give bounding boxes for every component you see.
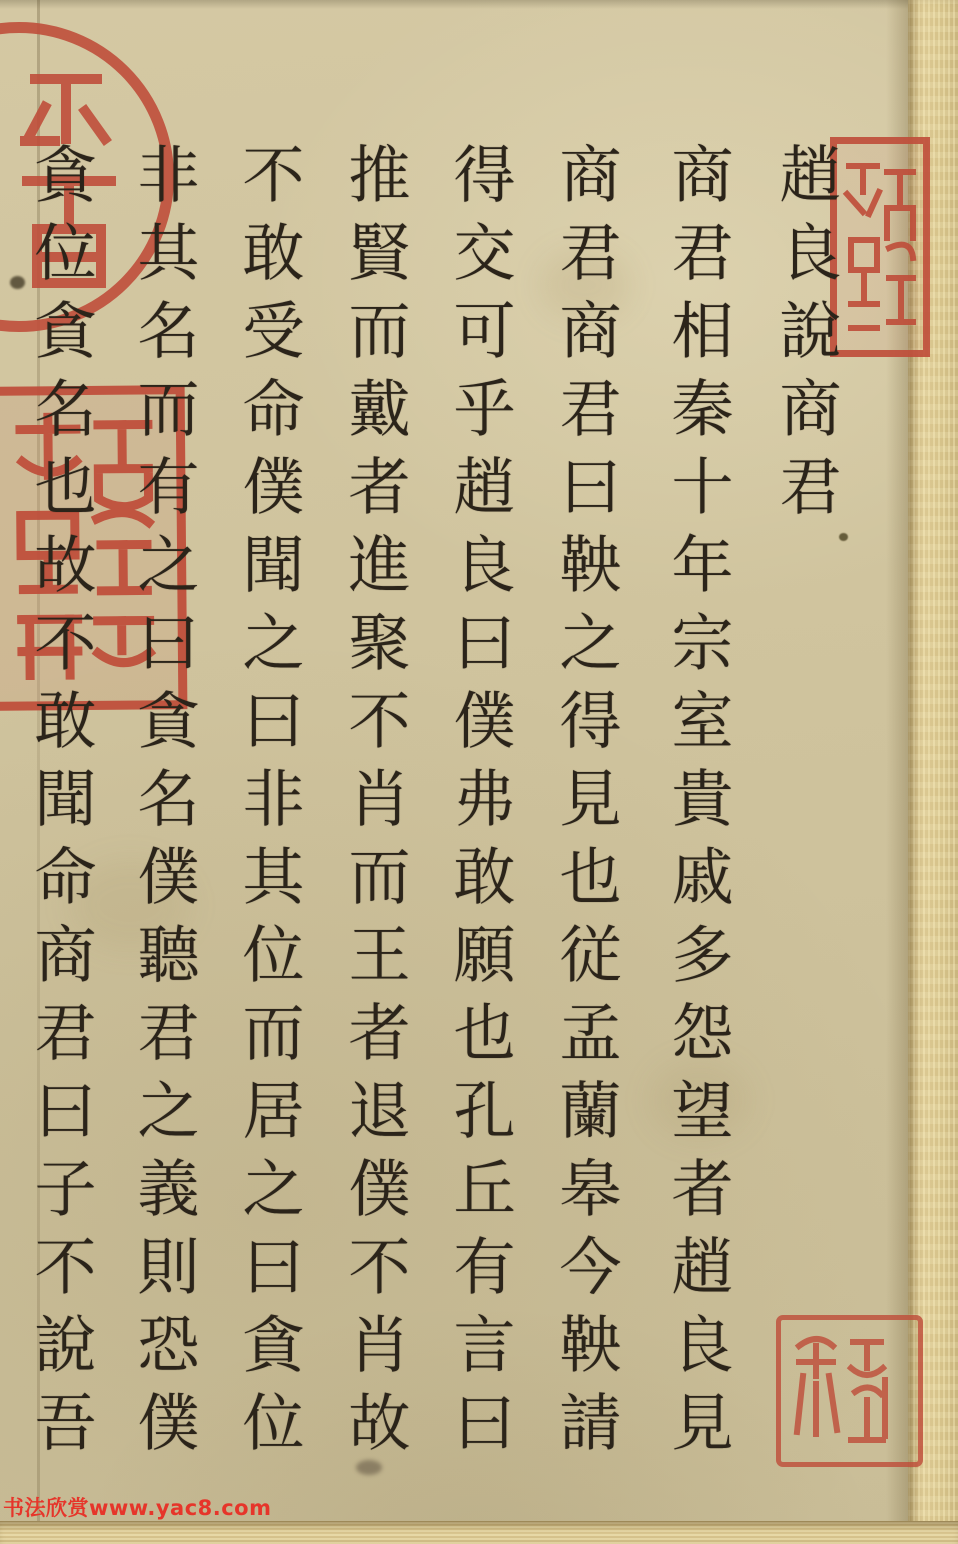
text-column-7: 貪位貪名也故不敢聞命商君曰子不說吾 (13, 142, 108, 1468)
ink-speck (839, 533, 848, 541)
text-column-5: 不敢受命僕聞之曰非其位而居之曰貪位 (221, 142, 316, 1468)
text-column-6: 非其名而有之曰貪名僕聽君之義則恐僕 (116, 142, 211, 1468)
site-watermark: 书法欣赏www.yac8.com (3, 1492, 272, 1522)
title-column: 趙良說商君 (758, 142, 853, 532)
corner-collector-seal-icon (776, 1315, 923, 1467)
calligraphy-manuscript-page: 趙良說商君 商君相秦十年宗室貴戚多怨望者趙良見 商君商君曰鞅之得見也従孟蘭皋今鞅… (0, 0, 958, 1544)
text-column-1: 商君相秦十年宗室貴戚多怨望者趙良見 (650, 142, 745, 1468)
text-column-4: 推賢而戴者進聚不肖而王者退僕不肖故 (327, 142, 422, 1468)
text-column-3: 得交可乎趙良曰僕弗敢願也孔丘有言曰 (432, 142, 527, 1468)
silk-border-bottom (0, 1521, 958, 1544)
text-column-2: 商君商君曰鞅之得見也従孟蘭皋今鞅請 (538, 142, 633, 1468)
scan-top-edge (0, 0, 958, 9)
